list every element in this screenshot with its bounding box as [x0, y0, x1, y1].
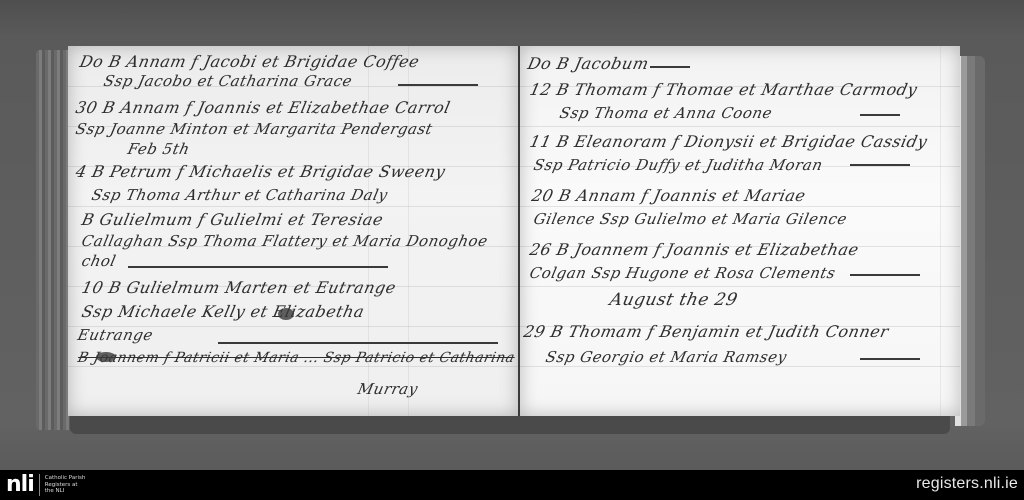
- left-page: Do B Annam f Jacobi et Brigidae Coffee S…: [68, 46, 520, 416]
- register-line: B Joannem f Patricii et Maria ... Ssp Pa…: [76, 350, 516, 366]
- register-line: Callaghan Ssp Thoma Flattery et Maria Do…: [80, 232, 489, 250]
- register-line: 12 B Thomam f Thomae et Marthae Carmody: [528, 80, 919, 99]
- image-viewer[interactable]: Do B Annam f Jacobi et Brigidae Coffee S…: [0, 0, 1024, 470]
- register-line: Feb 5th: [126, 140, 191, 158]
- nli-logo-text: Catholic Parish Registers at the NLI: [45, 475, 86, 495]
- register-line: 20 B Annam f Joannis et Mariae: [530, 186, 808, 205]
- register-line: Ssp Jacobo et Catharina Grace: [102, 72, 354, 90]
- register-line: Do B Annam f Jacobi et Brigidae Coffee: [78, 52, 421, 71]
- register-line: Ssp Patricio Duffy et Juditha Moran: [532, 156, 824, 174]
- register-line: 11 B Eleanoram f Dionysii et Brigidae Ca…: [528, 132, 929, 151]
- register-line: chol: [80, 252, 118, 270]
- register-line: Do B Jacobum: [526, 54, 651, 73]
- register-line: Ssp Georgio et Maria Ramsey: [544, 348, 788, 366]
- register-line: Colgan Ssp Hugone et Rosa Clements: [528, 264, 837, 282]
- site-url-link[interactable]: registers.nli.ie: [916, 475, 1018, 493]
- register-book: Do B Annam f Jacobi et Brigidae Coffee S…: [30, 38, 990, 438]
- register-line: Eutrange: [76, 326, 155, 344]
- register-line: Murray: [356, 380, 420, 398]
- register-line: Ssp Joanne Minton et Margarita Pendergas…: [74, 120, 434, 138]
- register-line: 30 B Annam f Joannis et Elizabethae Carr…: [74, 98, 452, 117]
- register-line: 26 B Joannem f Joannis et Elizabethae: [528, 240, 861, 259]
- register-line: August the 29: [608, 290, 740, 310]
- register-line: 10 B Gulielmum Marten et Eutrange: [80, 278, 398, 297]
- logo-text-line: the NLI: [45, 488, 65, 494]
- footer-bar: nli Catholic Parish Registers at the NLI…: [0, 470, 1024, 500]
- logo-divider: [39, 474, 40, 496]
- logo-text-line: Catholic Parish: [45, 475, 86, 481]
- register-line: Ssp Thoma Arthur et Catharina Daly: [90, 186, 389, 204]
- register-line: Ssp Thoma et Anna Coone: [558, 104, 774, 122]
- register-line: 29 B Thomam f Benjamin et Judith Conner: [522, 322, 891, 341]
- register-line: B Gulielmum f Gulielmi et Teresiae: [80, 210, 385, 229]
- nli-logo-mark: nli: [6, 474, 34, 496]
- register-line: Gilence Ssp Gulielmo et Maria Gilence: [532, 210, 849, 228]
- register-line: 4 B Petrum f Michaelis et Brigidae Sween…: [74, 162, 447, 181]
- register-line: Ssp Michaele Kelly et Elizabetha: [80, 302, 366, 321]
- logo-text-line: Registers at: [45, 482, 78, 488]
- nli-logo[interactable]: nli Catholic Parish Registers at the NLI: [6, 474, 85, 496]
- right-page: Do B Jacobum 12 B Thomam f Thomae et Mar…: [520, 46, 960, 416]
